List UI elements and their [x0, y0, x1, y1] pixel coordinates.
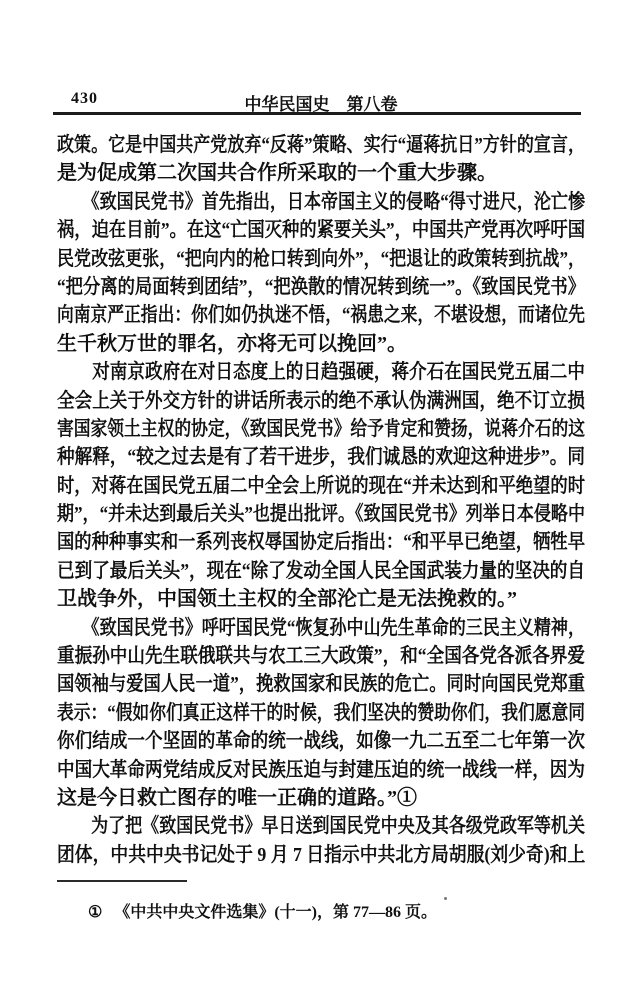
text-line: “把分离的局面转到团结”，“把涣散的情况转到统一”。《致国民党书》 [57, 273, 514, 301]
text-line: 《致国民党书》首先指出，日本帝国主义的侵略“得寸进尺，沦亡惨 [57, 188, 507, 216]
text-line: 国的种种事实和一系列丧权辱国协定后指出：“和平早已绝望，牺牲早 [57, 528, 514, 556]
text-line: 政策。它是中国共产党放弃“反蒋”策略、实行“逼蒋抗日”方针的宣言， [57, 131, 507, 159]
footnote-marker: ① [88, 904, 102, 921]
text-line: 重振孙中山先生联俄联共与农工三大政策”，和“全国各党各派各界爱 [57, 642, 522, 670]
text-line: 时，对蒋在国民党五届二中全会上所说的现在“并未达到和平绝望的时 [57, 472, 514, 500]
text-line: 你们结成一个坚固的革命的统一战线，如像一九二五至二七年第一次 [57, 727, 522, 755]
text-line: 祸，迫在目前”。在这“亡国灭种的紧要关头”，中国共产党再次呼吁国 [57, 216, 514, 244]
text-line: 民党改弦更张，“把向内的枪口转到向外”，“把退让的政策转到抗战”， [57, 245, 507, 273]
book-page: 430 中华民国史 第八卷 政策。它是中国共产党放弃“反蒋”策略、实行“逼蒋抗日… [0, 0, 644, 1000]
footnote: ①《中共中央文件选集》(十一)，第 77—86 页。 [88, 901, 588, 925]
page-header: 430 中华民国史 第八卷 [57, 90, 585, 112]
text-line: 向南京严正指出：你们如仍执迷不悟，“祸患之来，不堪设想，而诸位先 [57, 301, 500, 329]
text-line: 期”，“并未达到最后关头”也提出批评。《致国民党书》列举日本侵略中 [57, 500, 507, 528]
text-line: 种解释，“较之过去是有了若干进步，我们诚恳的欢迎这种进步”。同 [57, 443, 522, 471]
text-line: 这是今日救亡图存的唯一正确的道路。”① [57, 784, 585, 812]
text-line: 卫战争外，中国领土主权的全部沦亡是无法挽救的。” [57, 585, 585, 613]
text-line: 表示：“假如你们真正这样干的时候，我们坚决的赞助你们，我们愿意同 [57, 699, 500, 727]
footnote-text: 《中共中央文件选集》(十一)，第 77—86 页。 [114, 904, 437, 921]
header-divider [53, 112, 581, 115]
text-line: 团体，中共中央书记处于 9 月 7 日指示中共北方局胡服(刘少奇)和上 [57, 841, 527, 869]
text-line: 生千秋万世的罪名，亦将无可以挽回”。 [57, 330, 585, 358]
text-line: 已到了最后关头”，现在“除了发动全国人民全国武装力量的坚决的自 [57, 557, 522, 585]
body-text: 政策。它是中国共产党放弃“反蒋”策略、实行“逼蒋抗日”方针的宣言， 是为促成第二… [57, 131, 585, 869]
scan-speck [444, 897, 447, 900]
text-line: 国领袖与爱国人民一道”，挽救国家和民族的危亡。同时向国民党郑重 [57, 670, 514, 698]
text-line: 中国大革命两党结成反对民族压迫与封建压迫的统一战线一样，因为 [57, 756, 522, 784]
text-line: 是为促成第二次国共合作所采取的一个重大步骤。 [57, 159, 585, 187]
text-line: 全会上关于外交方针的讲话所表示的绝不承认伪满洲国，绝不订立损 [57, 387, 522, 415]
text-line: 对南京政府在对日态度上的日趋强硬，蒋介石在国民党五届二中 [57, 358, 522, 386]
text-line: 为了把《致国民党书》早日送到国民党中央及其各级党政军等机关 [57, 812, 507, 840]
text-line: 《致国民党书》呼吁国民党“恢复孙中山先生革命的三民主义精神， [57, 614, 507, 642]
text-line: 害国家领土主权的协定，《致国民党书》给予肯定和赞扬，说蒋介石的这 [57, 415, 500, 443]
footnote-divider [57, 880, 187, 882]
